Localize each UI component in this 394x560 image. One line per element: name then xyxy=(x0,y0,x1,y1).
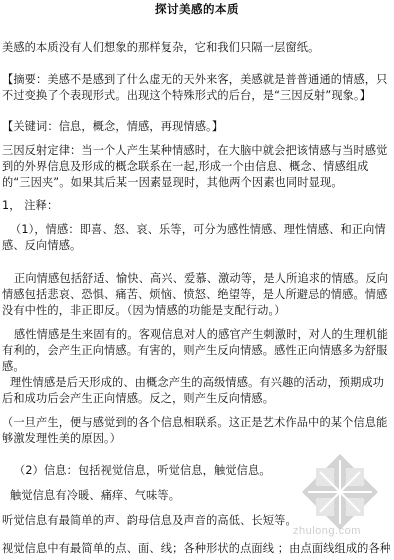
intro-paragraph: 美感的本质没有人们想象的那样复杂，它和我们只隔一层窗纸。 xyxy=(2,40,390,56)
watermark-text: zhulong.com xyxy=(293,523,361,539)
keywords-paragraph: 【关键词：信息，概念，情感，再现情感。】 xyxy=(2,119,390,135)
three-factor-law-paragraph: 三因反射定律：当一个人产生某种情感时，在大脑中就会把该情感与当时感觉到的外界信息… xyxy=(2,143,390,191)
document-title: 探讨美感的本质 xyxy=(0,1,394,17)
notes-heading: 1， 注释： xyxy=(2,198,390,214)
note-emotion-paragraph: （1），情感：即喜、怒、哀、乐等，可分为感性情感、理性情感、和正向情感、反向情感… xyxy=(2,222,390,254)
sensory-emotion-paragraph: 感性情感是生来固有的。客观信息对人的感官产生刺激时，对人的生理机能有利的，会产生… xyxy=(2,327,390,375)
positive-emotion-paragraph: 正向情感包括舒适、愉快、高兴、爱慕、激动等，是人所追求的情感。反向情感包括悲哀、… xyxy=(2,271,390,319)
parenthetical-paragraph: （一旦产生，便与感觉到的各个信息相联系。这正是艺术作品中的某个信息能够激发理性美… xyxy=(2,415,390,447)
visual-info-paragraph: 视觉信息中有最简单的点、面、线；各种形状的点面线 ；由点面线组成的各种体；各种颜 xyxy=(2,541,390,557)
abstract-paragraph: 【摘要：美感不是感到了什么虚无的天外来客，美感就是普普通通的情感，只不过变换了个… xyxy=(2,72,390,104)
rational-emotion-paragraph: 理性情感是后天形成的、由概念产生的高级情感。有兴趣的活动，预期成功后和成功后会产… xyxy=(2,375,390,407)
